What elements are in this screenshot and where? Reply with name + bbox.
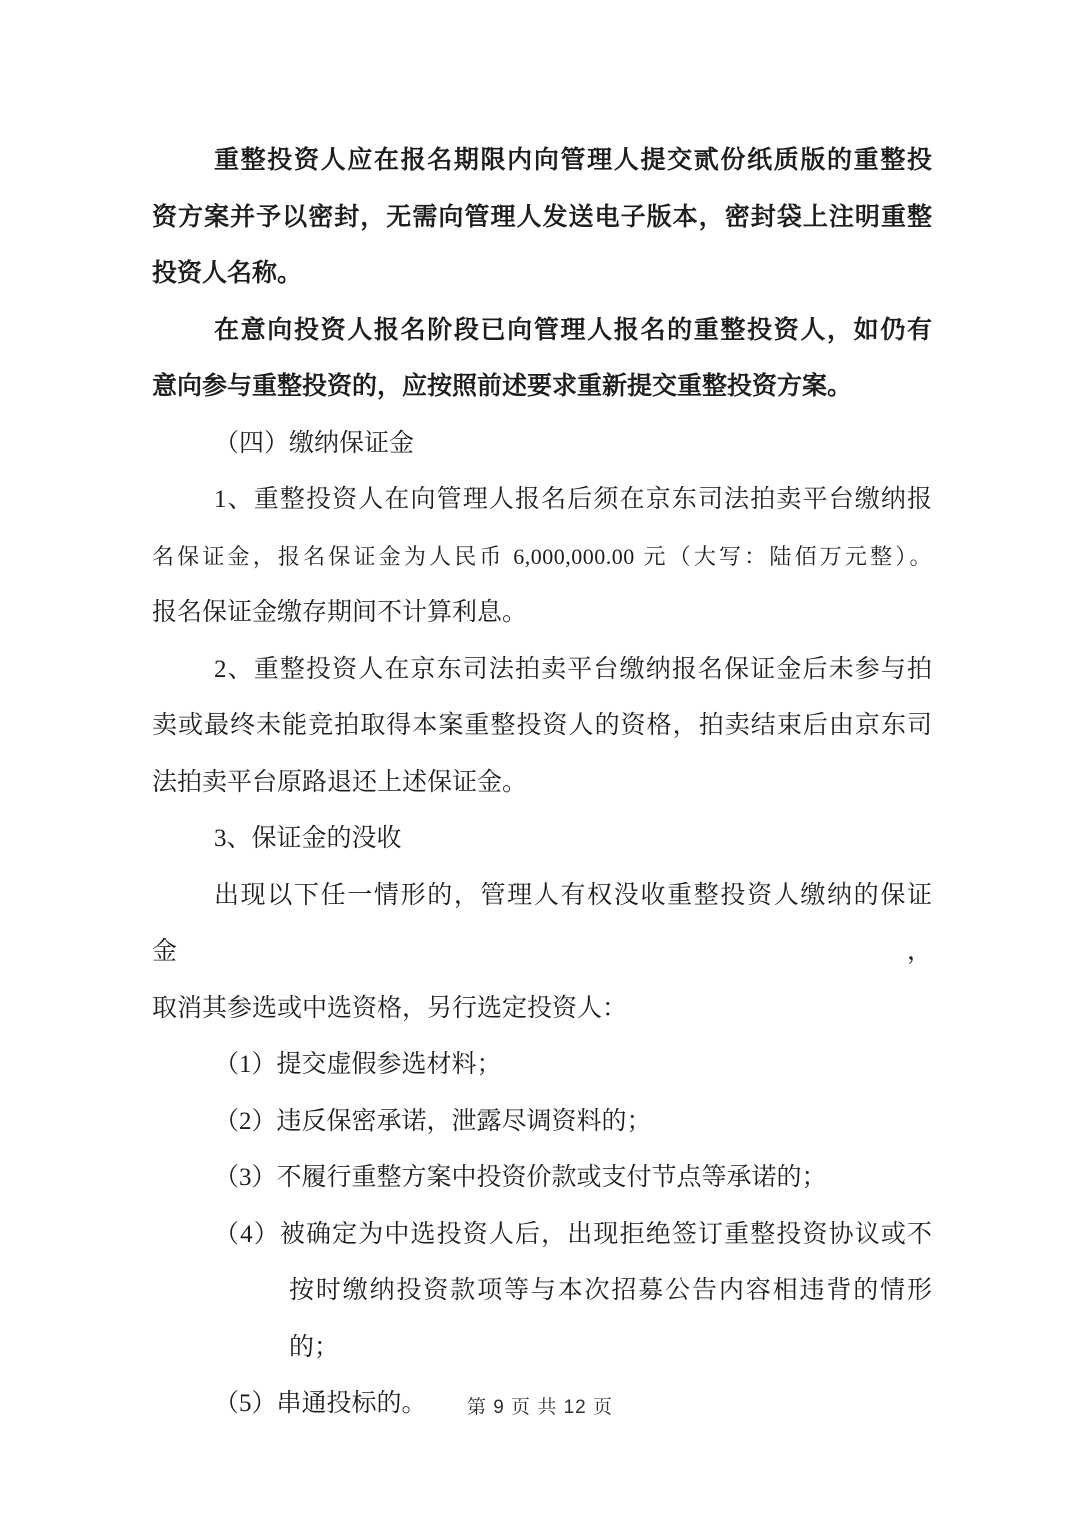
document-line: 2、重整投资人在京东司法拍卖平台缴纳报名保证金后未参与拍 — [152, 642, 932, 699]
document-line: 3、保证金的没收 — [152, 811, 932, 868]
document-line: 投资人名称。 — [152, 246, 932, 303]
document-line: 意向参与重整投资的，应按照前述要求重新提交重整投资方案。 — [152, 359, 932, 416]
document-line: 按时缴纳投资款项等与本次招募公告内容相违背的情形 — [152, 1263, 932, 1320]
document-line: （四）缴纳保证金 — [152, 416, 932, 473]
document-line: 重整投资人应在报名期限内向管理人提交贰份纸质版的重整投 — [152, 133, 932, 190]
document-line: 的； — [152, 1320, 932, 1377]
document-line: 取消其参选或中选资格，另行选定投资人： — [152, 981, 932, 1038]
document-page: 重整投资人应在报名期限内向管理人提交贰份纸质版的重整投 资方案并予以密封，无需向… — [0, 0, 1080, 1527]
document-line: 出现以下任一情形的，管理人有权没收重整投资人缴纳的保证金， — [152, 868, 932, 981]
document-line: 名保证金，报名保证金为人民币 6,000,000.00 元（大写：陆佰万元整）。 — [152, 529, 932, 586]
page-number-label: 第 9 页 共 12 页 — [467, 1397, 613, 1418]
document-line: 1、重整投资人在向管理人报名后须在京东司法拍卖平台缴纳报 — [152, 472, 932, 529]
document-line: 报名保证金缴存期间不计算利息。 — [152, 585, 932, 642]
document-line: （1）提交虚假参选材料； — [152, 1037, 932, 1094]
document-body: 重整投资人应在报名期限内向管理人提交贰份纸质版的重整投 资方案并予以密封，无需向… — [152, 133, 932, 1433]
document-line: （4）被确定为中选投资人后，出现拒绝签订重整投资协议或不 — [152, 1207, 932, 1264]
document-line: 卖或最终未能竞拍取得本案重整投资人的资格，拍卖结束后由京东司 — [152, 698, 932, 755]
document-line: 资方案并予以密封，无需向管理人发送电子版本，密封袋上注明重整 — [152, 190, 932, 247]
document-line: （3）不履行重整方案中投资价款或支付节点等承诺的； — [152, 1150, 932, 1207]
document-line: （2）违反保密承诺，泄露尽调资料的； — [152, 1094, 932, 1151]
document-line: 在意向投资人报名阶段已向管理人报名的重整投资人，如仍有 — [152, 303, 932, 360]
document-line: 法拍卖平台原路退还上述保证金。 — [152, 755, 932, 812]
page-footer: 第 9 页 共 12 页 — [0, 1393, 1080, 1423]
